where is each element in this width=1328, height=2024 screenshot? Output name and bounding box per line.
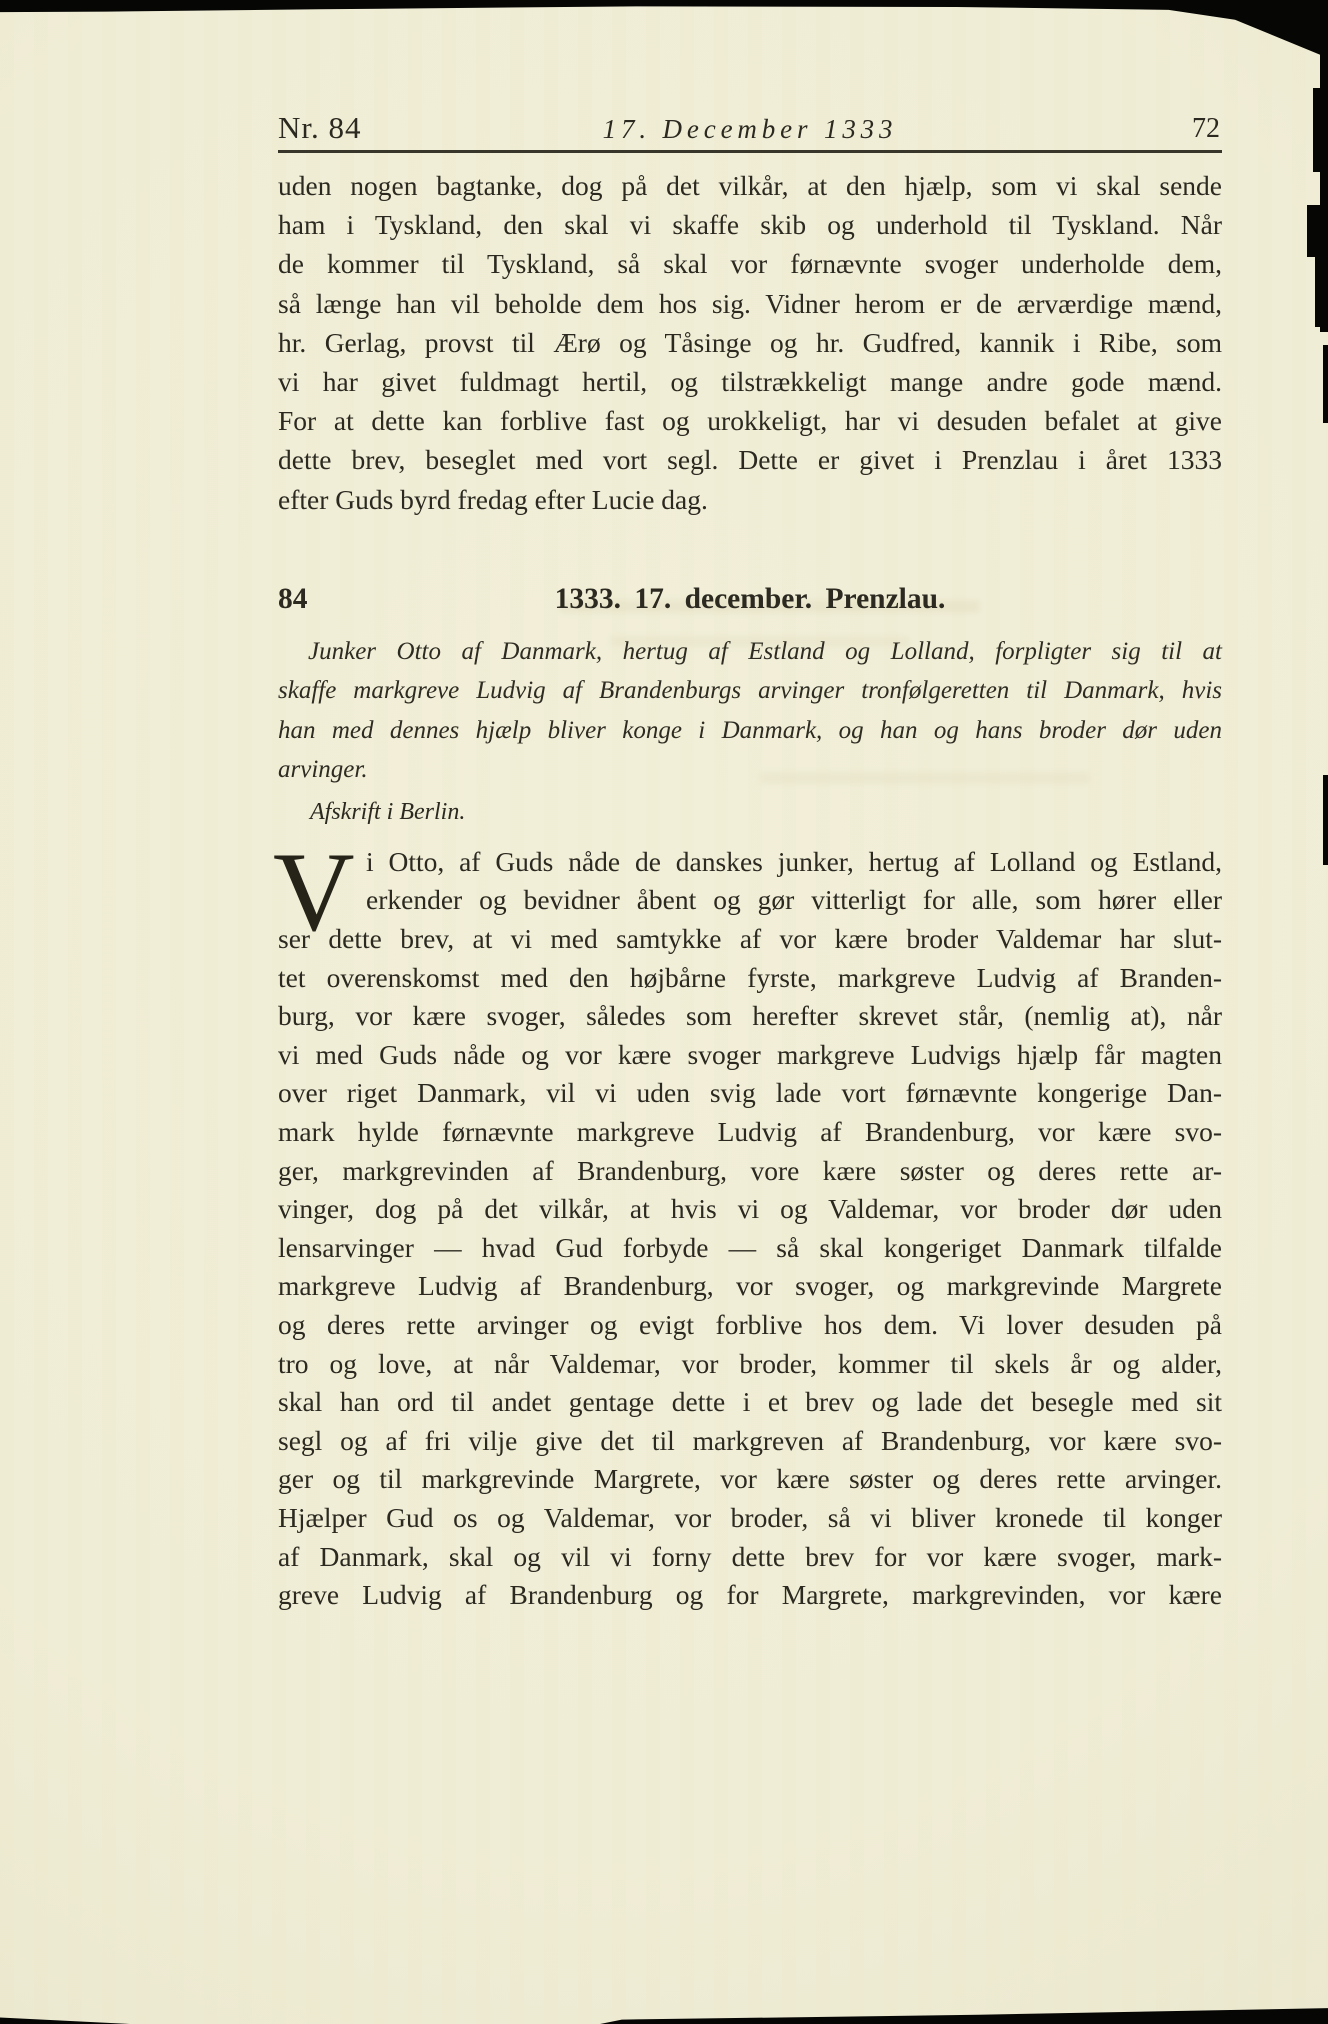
text-line: skaffe markgreve Ludvig af Brandenburgs … [278,671,1222,711]
source-note: Afskrift i Berlin. [278,795,1222,829]
page-number: 72 [1192,113,1220,145]
text-line: ser dette brev, at vi med samtykke af vo… [278,920,1222,959]
scanned-book-page: Nr. 84 17. December 1333 72 uden nogen b… [0,0,1328,2024]
text-line: markgreve Ludvig af Brandenburg, vor svo… [278,1267,1222,1306]
running-header: Nr. 84 17. December 1333 72 [278,104,1222,146]
text-line: hr. Gerlag, provst til Ærø og Tåsinge og… [278,323,1222,362]
text-line: ger, markgrevinden af Brandenburg, vore … [278,1152,1222,1191]
scan-edge-right [1323,775,1328,865]
scan-edge-right [1315,255,1328,327]
scan-edge-bottom-left [0,2015,130,2024]
text-line: uden nogen bagtanke, dog på det vilkår, … [278,166,1222,205]
text-line: i Otto, af Guds nåde de danskes junker, … [278,843,1222,882]
scan-edge-bottom [600,2002,1328,2024]
text-line: arvinger. [278,750,1222,790]
text-line: efter Guds byrd fredag efter Lucie dag. [278,480,1222,519]
text-line: segl og af fri vilje give det til markgr… [278,1422,1222,1461]
scan-edge-right [1323,345,1328,423]
text-line: han med dennes hjælp bliver konge i Danm… [278,711,1222,751]
entry-number: 84 [278,583,308,616]
page-content: Nr. 84 17. December 1333 72 uden nogen b… [278,104,1222,1615]
scan-edge-right [1307,205,1328,257]
text-line: vi har givet fuldmagt hertil, og tilstræ… [278,362,1222,401]
text-line: over riget Danmark, vil vi uden svig lad… [278,1074,1222,1113]
text-line: burg, vor kære svoger, således som heref… [278,997,1222,1036]
text-line: lensarvinger — hvad Gud forbyde — så ska… [278,1229,1222,1268]
dropcap-initial: V [273,836,353,949]
text-line: greve Ludvig af Brandenburg og for Margr… [278,1576,1222,1615]
text-line: skal han ord til andet gentage dette i e… [278,1383,1222,1422]
text-line: erkender og bevidner åbent og gør vitter… [278,881,1222,920]
entry-summary: Junker Otto af Danmark, hertug af Estlan… [278,632,1222,790]
entry-heading: 84 1333. 17. december. Prenzlau. [278,583,1222,623]
scan-edge-right [1313,88,1328,172]
scan-edge-top [0,0,1328,58]
text-line: dette brev, beseglet med vort segl. Dett… [278,440,1222,479]
text-line: mark hylde førnævnte markgreve Ludvig af… [278,1113,1222,1152]
paragraph-continuation: uden nogen bagtanke, dog på det vilkår, … [278,166,1222,519]
text-line: For at dette kan forblive fast og urokke… [278,401,1222,440]
text-line: af Danmark, skal og vil vi forny dette b… [278,1538,1222,1577]
entry-body: V i Otto, af Guds nåde de danskes junker… [278,843,1222,1615]
header-rule [278,150,1222,153]
text-line: tet overenskomst med den højbårne fyrste… [278,959,1222,998]
entry-body-text: i Otto, af Guds nåde de danskes junker, … [278,843,1222,1615]
text-line: tro og love, at når Valdemar, vor broder… [278,1345,1222,1384]
text-line: ham i Tyskland, den skal vi skaffe skib … [278,205,1222,244]
text-line: Hjælper Gud os og Valdemar, vor broder, … [278,1499,1222,1538]
entry-heading-title: 1333. 17. december. Prenzlau. [278,583,1222,616]
text-line: Junker Otto af Danmark, hertug af Estlan… [278,632,1222,672]
text-line: ger og til markgrevinde Margrete, vor kæ… [278,1460,1222,1499]
text-line: de kommer til Tyskland, så skal vor førn… [278,244,1222,283]
text-line: og deres rette arvinger og evigt forbliv… [278,1306,1222,1345]
running-date: 17. December 1333 [278,114,1222,145]
text-line: vinger, dog på det vilkår, at hvis vi og… [278,1190,1222,1229]
text-line: vi med Guds nåde og vor kære svoger mark… [278,1036,1222,1075]
text-line: så længe han vil beholde dem hos sig. Vi… [278,284,1222,323]
